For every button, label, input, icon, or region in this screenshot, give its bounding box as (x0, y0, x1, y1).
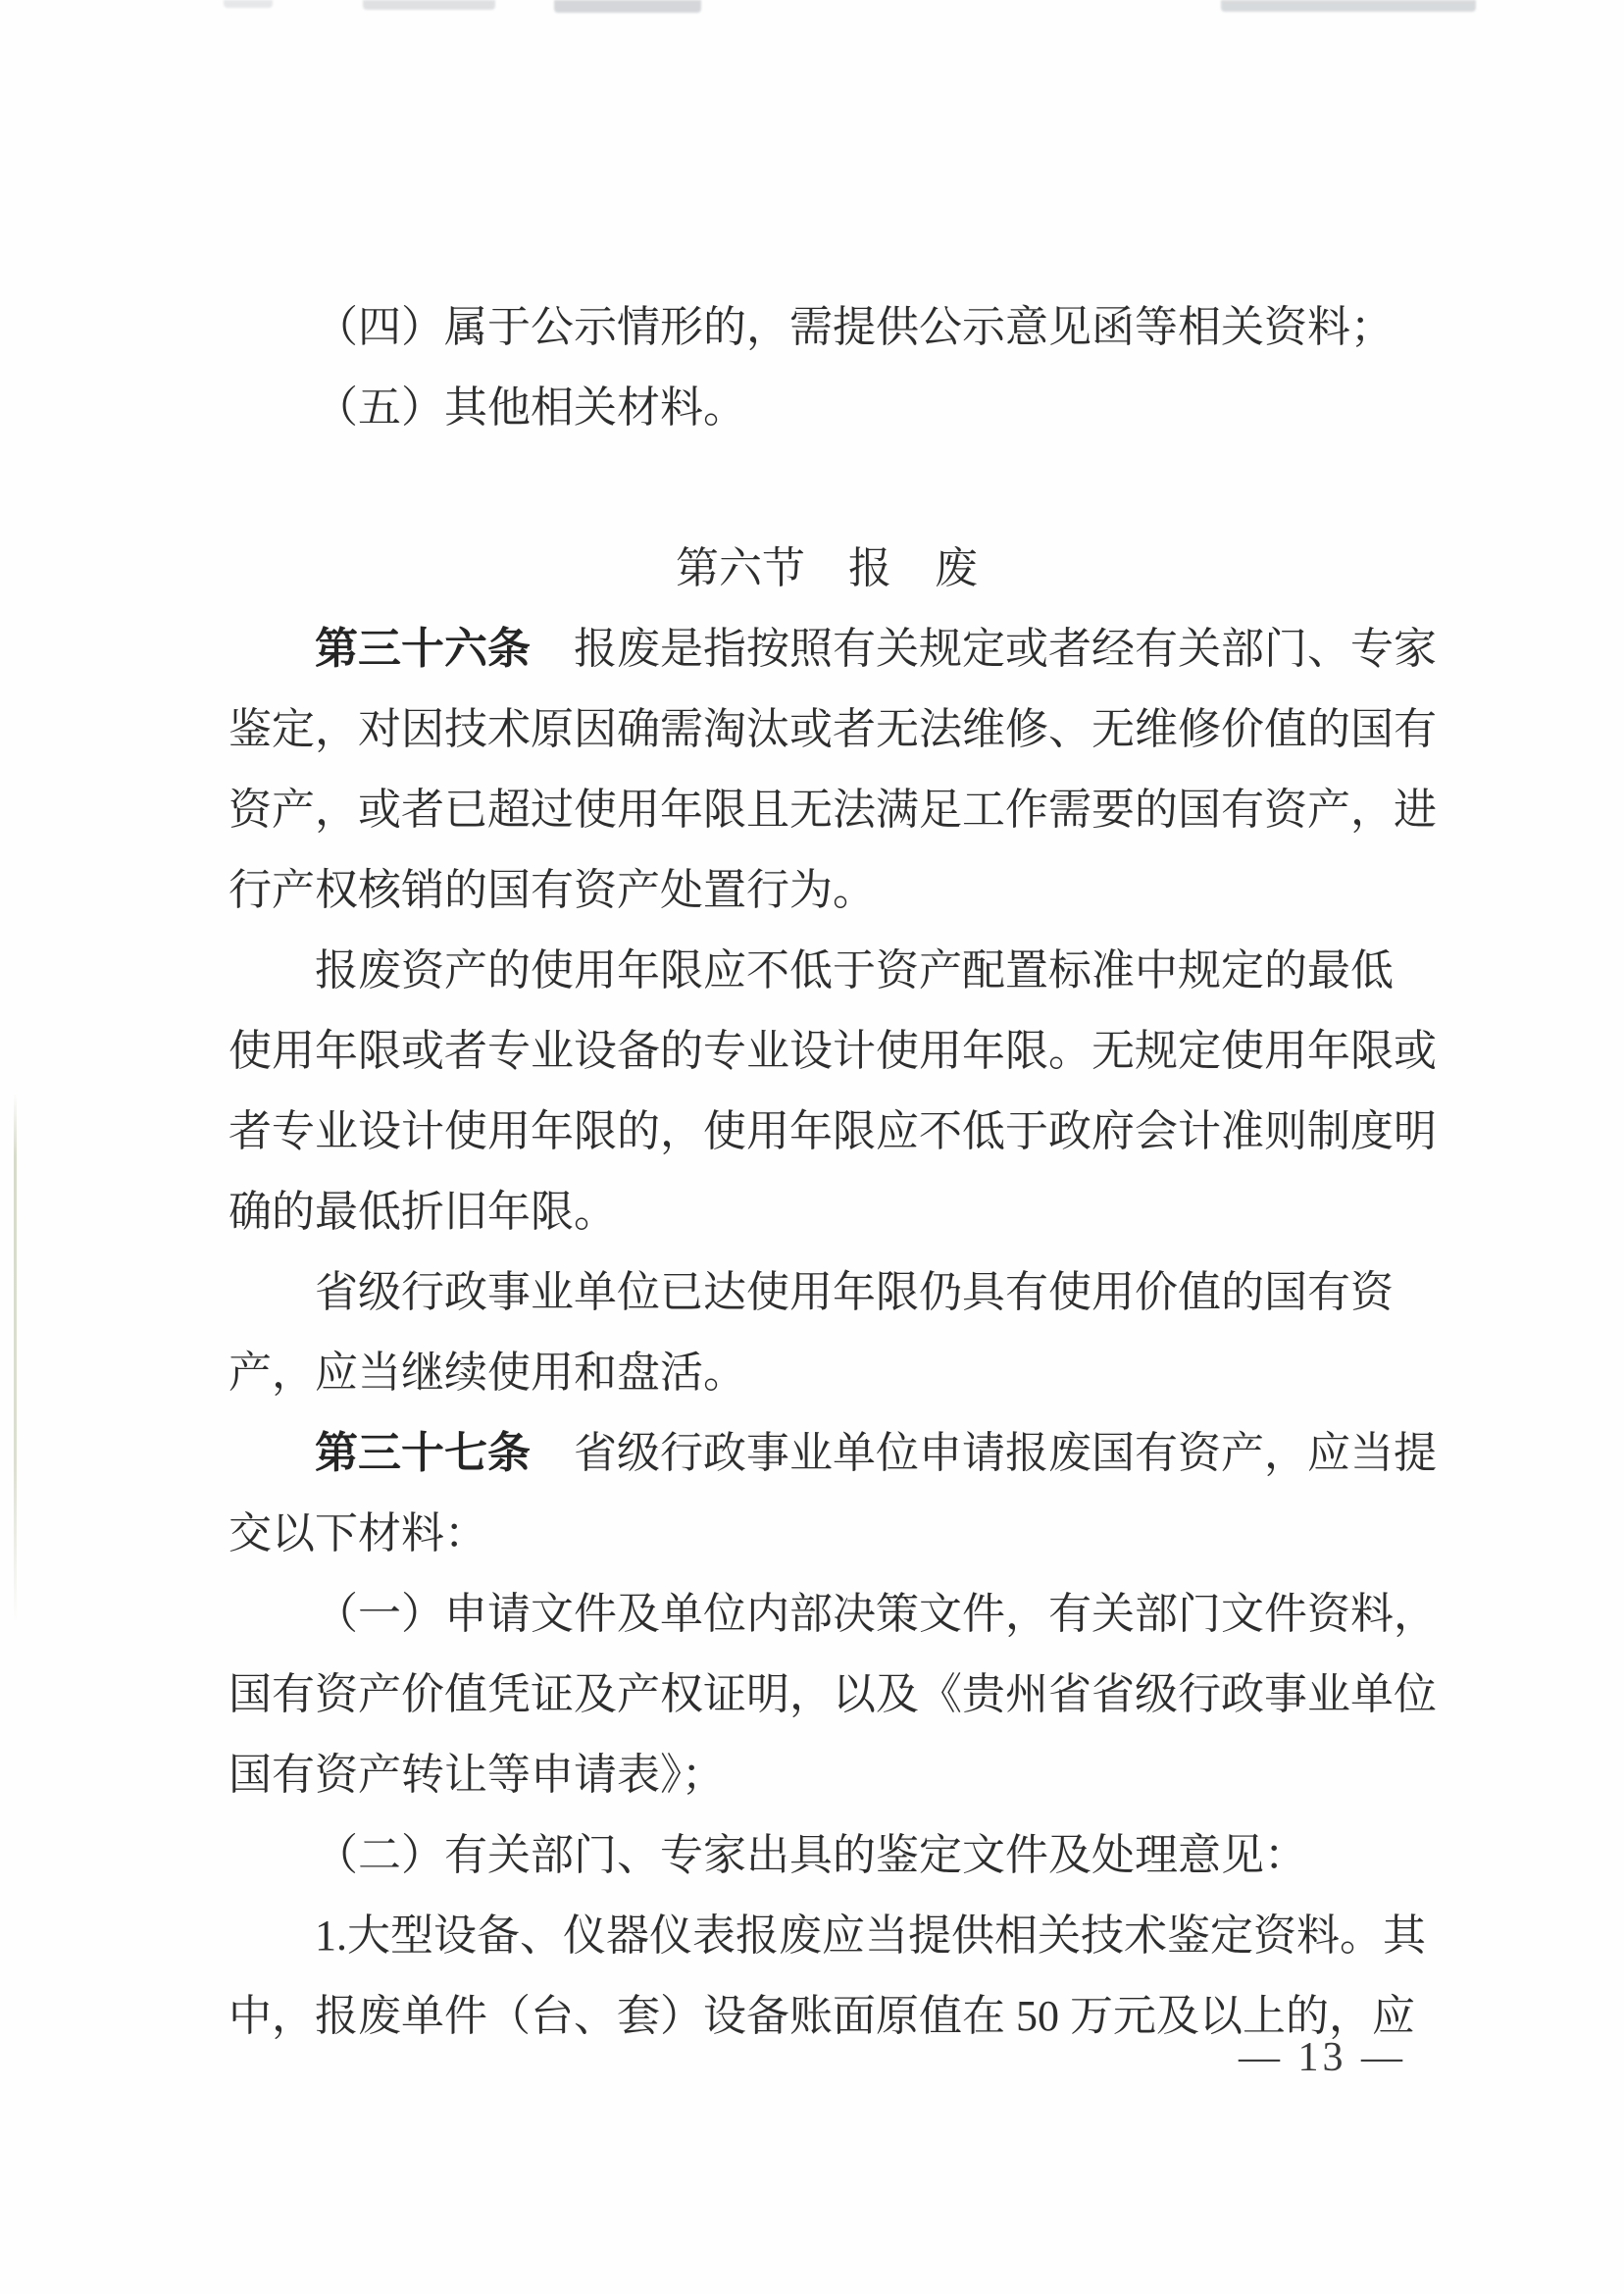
text-line: 确的最低折旧年限。 (228, 1172, 1425, 1252)
text-line: 者专业设计使用年限的，使用年限应不低于政府会计准则制度明 (228, 1092, 1425, 1172)
text-line: 国有资产价值凭证及产权证明，以及《贵州省省级行政事业单位 (228, 1655, 1425, 1735)
document-page: （四）属于公示情形的，需提供公示意见函等相关资料；（五）其他相关材料。第六节 报… (0, 0, 1624, 2294)
text-segment: （四）属于公示情形的，需提供公示意见函等相关资料； (315, 303, 1394, 351)
text-segment: 报废是指按照有关规定或者经有关部门、专家 (531, 625, 1437, 673)
article-number: 第三十六条 (315, 625, 531, 673)
text-line: 省级行政事业单位已达使用年限仍具有使用价值的国有资 (228, 1252, 1425, 1333)
text-line: 鉴定，对因技术原因确需淘汰或者无法维修、无维修价值的国有 (228, 689, 1425, 770)
text-segment: 中，报废单件（台、套）设备账面原值在 50 万元及以上的，应 (228, 1992, 1415, 2040)
text-segment: 省级行政事业单位已达使用年限仍具有使用价值的国有资 (315, 1268, 1394, 1316)
text-segment: 产，应当继续使用和盘活。 (228, 1349, 746, 1397)
text-segment: 者专业设计使用年限的，使用年限应不低于政府会计准则制度明 (228, 1107, 1437, 1155)
text-segment: （一）申请文件及单位内部决策文件，有关部门文件资料， (315, 1590, 1437, 1638)
text-segment: 1.大型设备、仪器仪表报废应当提供相关技术鉴定资料。其 (315, 1912, 1426, 1960)
text-line: 第三十六条 报废是指按照有关规定或者经有关部门、专家 (228, 609, 1425, 689)
text-segment: 交以下材料： (228, 1509, 487, 1557)
text-line: （二）有关部门、专家出具的鉴定文件及处理意见： (228, 1815, 1425, 1896)
text-line: 使用年限或者专业设备的专业设计使用年限。无规定使用年限或 (228, 1011, 1425, 1092)
text-segment: 使用年限或者专业设备的专业设计使用年限。无规定使用年限或 (228, 1027, 1437, 1075)
text-line: 报废资产的使用年限应不低于资产配置标准中规定的最低 (228, 931, 1425, 1011)
text-segment: （二）有关部门、专家出具的鉴定文件及处理意见： (315, 1831, 1307, 1879)
scan-artifact (554, 0, 701, 13)
text-line: 交以下材料： (228, 1494, 1425, 1574)
text-segment: 报废资产的使用年限应不低于资产配置标准中规定的最低 (315, 946, 1394, 994)
text-segment: 省级行政事业单位申请报废国有资产，应当提 (531, 1429, 1437, 1477)
text-line: 产，应当继续使用和盘活。 (228, 1333, 1425, 1413)
text-segment: （五）其他相关材料。 (315, 383, 746, 432)
text-line: 资产，或者已超过使用年限且无法满足工作需要的国有资产，进 (228, 770, 1425, 850)
section-heading: 第六节 报 废 (228, 529, 1425, 609)
text-line: 第三十七条 省级行政事业单位申请报废国有资产，应当提 (228, 1413, 1425, 1494)
text-segment: 国有资产价值凭证及产权证明，以及《贵州省省级行政事业单位 (228, 1670, 1437, 1718)
text-segment: 鉴定，对因技术原因确需淘汰或者无法维修、无维修价值的国有 (228, 705, 1437, 753)
text-line: （五）其他相关材料。 (228, 368, 1425, 448)
scan-artifact (1221, 0, 1476, 12)
page-number: — 13 — (1239, 2032, 1406, 2083)
text-line: （四）属于公示情形的，需提供公示意见函等相关资料； (228, 287, 1425, 368)
text-segment: 第六节 报 废 (676, 544, 978, 592)
scan-artifact (224, 0, 273, 8)
text-segment: 国有资产转让等申请表》； (228, 1751, 725, 1799)
scan-artifact (363, 0, 495, 10)
text-line: 行产权核销的国有资产处置行为。 (228, 850, 1425, 931)
text-line: 1.大型设备、仪器仪表报废应当提供相关技术鉴定资料。其 (228, 1896, 1425, 1976)
article-number: 第三十七条 (315, 1429, 531, 1477)
text-segment: 资产，或者已超过使用年限且无法满足工作需要的国有资产，进 (228, 786, 1437, 834)
text-segment: 行产权核销的国有资产处置行为。 (228, 866, 876, 914)
scan-fold-line (14, 1094, 17, 1623)
text-line: 国有资产转让等申请表》； (228, 1735, 1425, 1815)
document-text-block: （四）属于公示情形的，需提供公示意见函等相关资料；（五）其他相关材料。第六节 报… (228, 287, 1425, 2057)
text-line: （一）申请文件及单位内部决策文件，有关部门文件资料， (228, 1574, 1425, 1655)
text-segment: 确的最低折旧年限。 (228, 1188, 617, 1236)
